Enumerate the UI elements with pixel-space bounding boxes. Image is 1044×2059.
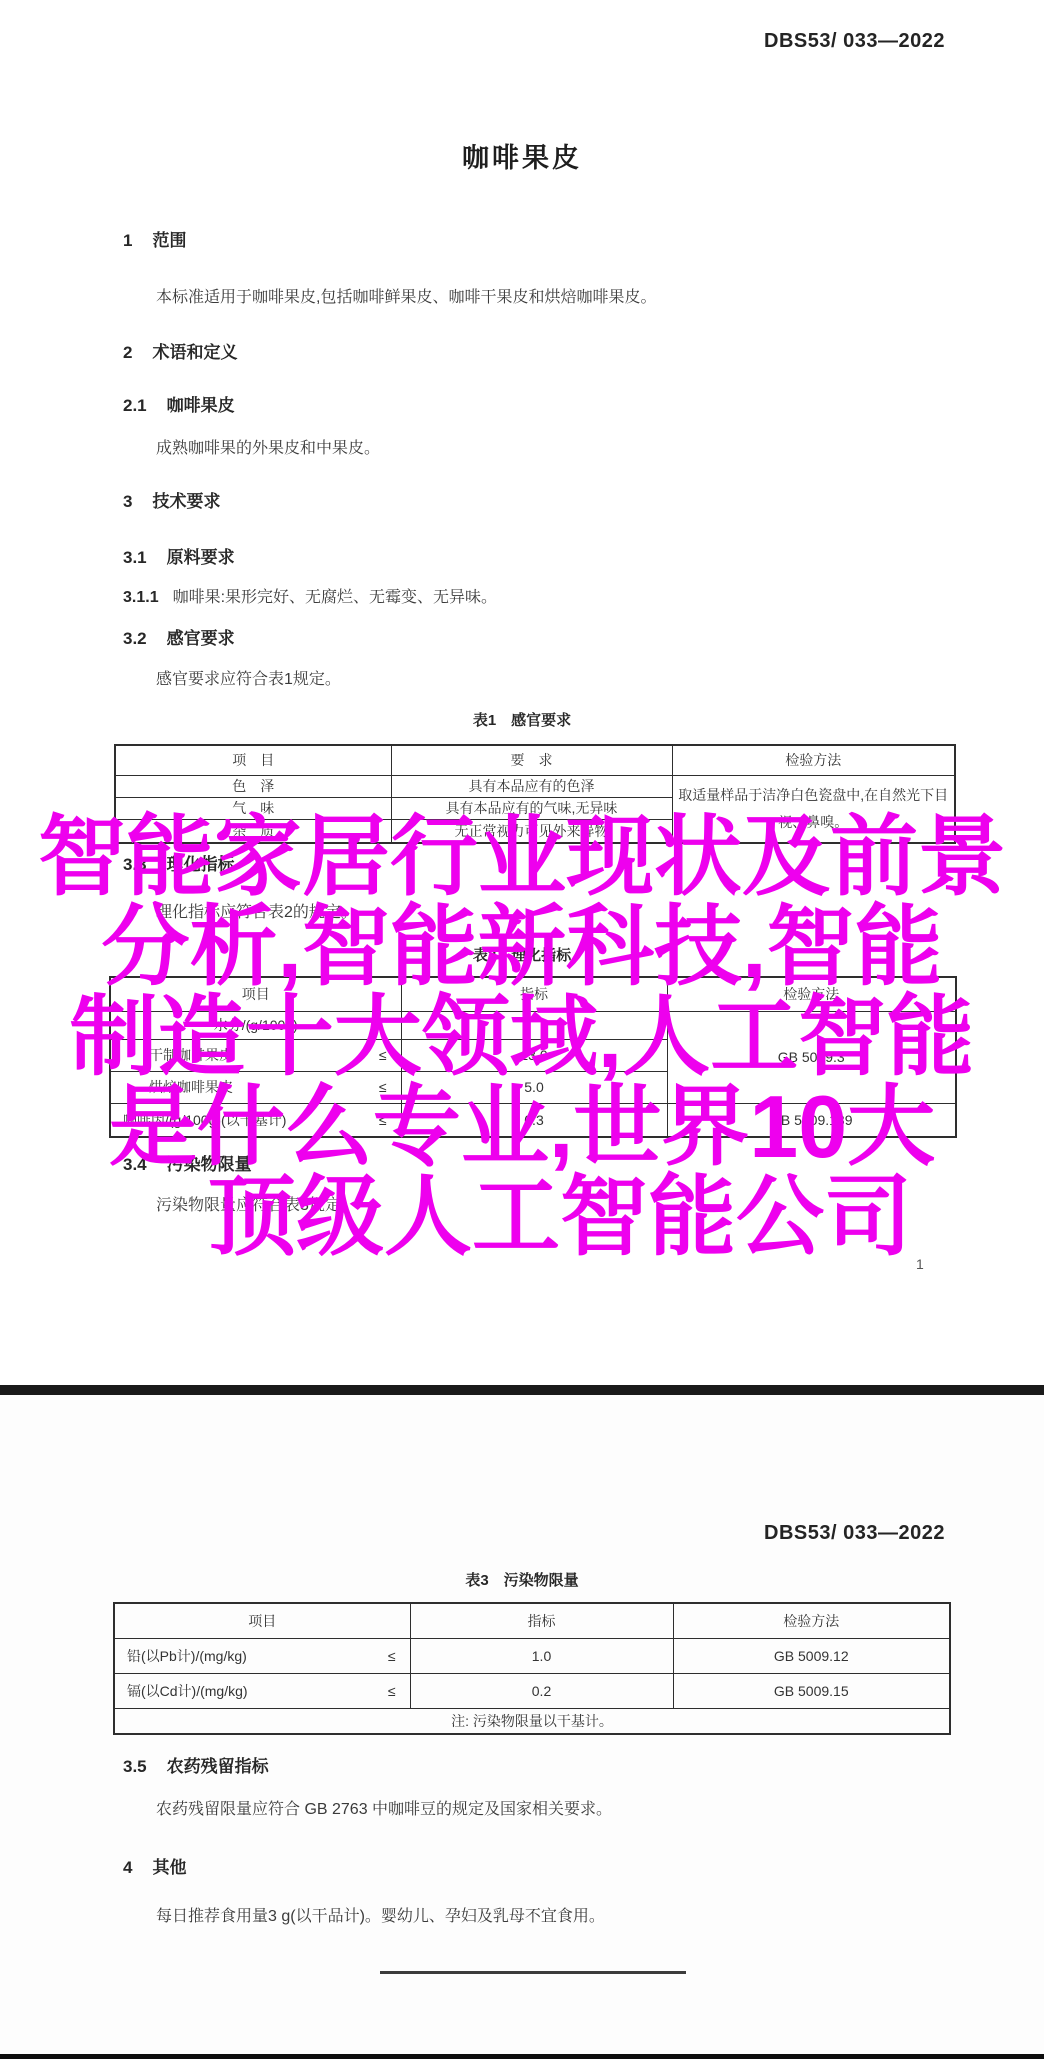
section-number: 1: [123, 231, 132, 251]
table-row: 色 泽 具有本品应有的色泽 取适量样品于洁净白色瓷盘中,在自然光下目视、鼻嗅。: [115, 775, 955, 797]
section-pesticide-heading: 3.5农药残留指标: [123, 1752, 269, 1777]
page-2: DBS53/ 033—2022 表3 污染物限量 项目 指标 检验方法 铅(以P…: [0, 1395, 1044, 2054]
section-sensory-heading: 3.2感官要求: [123, 624, 235, 649]
le-symbol: ≤: [388, 1648, 396, 1664]
table-header-cell: 指标: [410, 1603, 673, 1638]
section-scope-body: 本标准适用于咖啡果皮,包括咖啡鲜果皮、咖啡干果皮和烘焙咖啡果皮。: [156, 284, 656, 307]
table-cell-method: GB 5009.15: [673, 1673, 950, 1708]
item-label: 铅(以Pb计)/(mg/kg): [127, 1646, 247, 1666]
table-3-contaminants: 项目 指标 检验方法 铅(以Pb计)/(mg/kg) ≤ 1.0 GB 5009…: [113, 1602, 951, 1735]
seo-title-overlay: 智能家居行业现状及前景 分析,智能新科技,智能 制造十大领域,人工智能 是什么专…: [0, 812, 1044, 1262]
section-raw-heading: 3.1原料要求: [123, 543, 235, 568]
table-header-cell: 检验方法: [672, 745, 955, 775]
section-other-body: 每日推荐食用量3 g(以干品计)。婴幼儿、孕妇及乳母不宜食用。: [156, 1903, 605, 1926]
doc-number: DBS53/ 033—2022: [764, 1522, 945, 1545]
table-header-row: 项目 指标 检验方法: [114, 1603, 950, 1638]
table1-caption: 表1 感官要求: [0, 709, 1044, 730]
section-tech-heading: 3技术要求: [123, 487, 220, 512]
table-note-row: 注: 污染物限量以干基计。: [114, 1708, 950, 1734]
section-body: 咖啡果:果形完好、无腐烂、无霉变、无异味。: [173, 589, 497, 606]
table-cell-value: 0.2: [410, 1673, 673, 1708]
table-cell-req: 具有本品应有的色泽: [391, 775, 672, 797]
table-header-cell: 项 目: [115, 745, 391, 775]
section-number: 3.1.1: [123, 589, 159, 607]
item-label: 镉(以Cd计)/(mg/kg): [127, 1681, 248, 1701]
overlay-line: 制造十大领域,人工智能: [0, 992, 1044, 1082]
section-number: 2.1: [123, 396, 147, 416]
table-header-cell: 要 求: [391, 745, 672, 775]
table-cell-value: 1.0: [410, 1638, 673, 1673]
section-title: 其他: [152, 1858, 186, 1877]
table-cell-item: 色 泽: [115, 775, 391, 797]
section-scope-heading: 1范围: [123, 226, 186, 251]
section-sensory-body: 感官要求应符合表1规定。: [156, 666, 341, 689]
table-header-row: 项 目 要 求 检验方法: [115, 745, 955, 775]
section-term1-body: 成熟咖啡果的外果皮和中果皮。: [156, 435, 380, 458]
section-title: 农药残留指标: [167, 1757, 269, 1776]
section-pesticide-body: 农药残留限量应符合 GB 2763 中咖啡豆的规定及国家相关要求。: [156, 1796, 612, 1819]
section-title: 术语和定义: [152, 343, 237, 362]
section-other-heading: 4其他: [123, 1853, 186, 1878]
table-row: 铅(以Pb计)/(mg/kg) ≤ 1.0 GB 5009.12: [114, 1638, 950, 1673]
section-number: 3.1: [123, 548, 147, 568]
le-symbol: ≤: [388, 1683, 396, 1699]
table-cell-item: 铅(以Pb计)/(mg/kg) ≤: [114, 1638, 410, 1673]
section-term1-heading: 2.1咖啡果皮: [123, 391, 235, 416]
section-number: 3: [123, 492, 132, 512]
document-viewer: DBS53/ 033—2022 咖啡果皮 1范围 本标准适用于咖啡果皮,包括咖啡…: [0, 0, 1044, 2059]
section-number: 3.5: [123, 1757, 147, 1777]
table-cell-method: GB 5009.12: [673, 1638, 950, 1673]
table3-caption: 表3 污染物限量: [0, 1569, 1044, 1590]
table-cell-item: 镉(以Cd计)/(mg/kg) ≤: [114, 1673, 410, 1708]
table-header-cell: 检验方法: [673, 1603, 950, 1638]
table-header-cell: 项目: [114, 1603, 410, 1638]
overlay-line: 智能家居行业现状及前景: [0, 812, 1044, 902]
section-title: 感官要求: [167, 629, 235, 648]
section-raw-item: 3.1.1咖啡果:果形完好、无腐烂、无霉变、无异味。: [123, 584, 497, 607]
doc-title: 咖啡果皮: [0, 136, 1044, 175]
section-title: 原料要求: [167, 548, 235, 567]
page-separator: [0, 1385, 1044, 1395]
overlay-line: 顶级人工智能公司: [0, 1172, 1044, 1262]
section-number: 2: [123, 343, 132, 363]
overlay-line: 是什么专业,世界10大: [0, 1082, 1044, 1172]
section-title: 咖啡果皮: [167, 396, 235, 415]
section-terms-heading: 2术语和定义: [123, 338, 237, 363]
section-title: 技术要求: [152, 492, 220, 511]
table-row: 镉(以Cd计)/(mg/kg) ≤ 0.2 GB 5009.15: [114, 1673, 950, 1708]
section-number: 3.2: [123, 629, 147, 649]
table-note: 注: 污染物限量以干基计。: [114, 1708, 950, 1734]
section-number: 4: [123, 1858, 132, 1878]
section-title: 范围: [152, 231, 186, 250]
overlay-line: 分析,智能新科技,智能: [0, 902, 1044, 992]
bottom-edge-bar: [0, 2054, 1044, 2059]
footer-divider-line: [380, 1971, 686, 1974]
doc-number: DBS53/ 033—2022: [764, 30, 945, 53]
